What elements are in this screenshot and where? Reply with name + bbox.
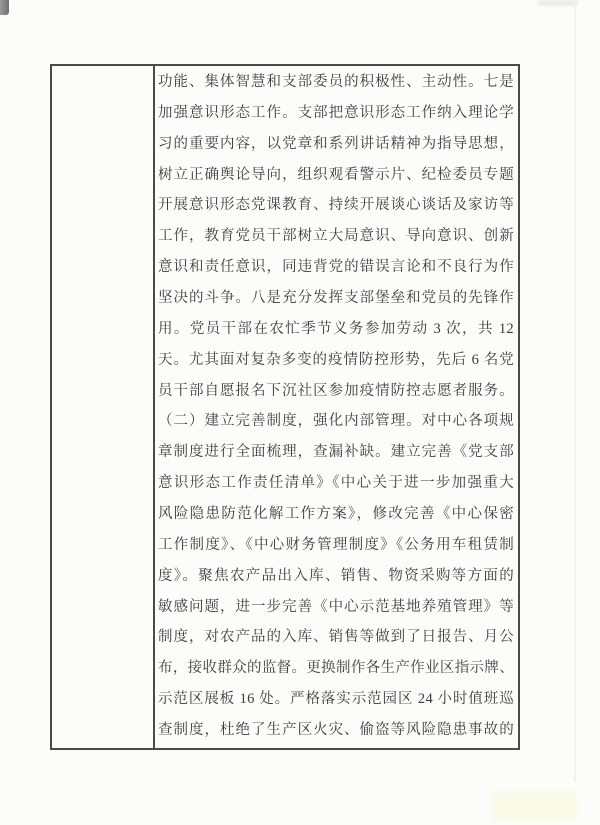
scan-artifact-top-marks	[538, 0, 578, 6]
scanned-document-page: 功能、集体智慧和支部委员的积极性、主动性。七是 加强意识形态工作。支部把意识形态…	[0, 0, 600, 825]
text-line: 天。尤其面对复杂多变的疫情防控形势，先后 6 名党	[158, 345, 514, 376]
text-line: 风险隐患防范化解工作方案》，修改完善《中心保密	[158, 499, 514, 530]
text-line: 章制度进行全面梳理，查漏补缺。建立完善《党支部	[158, 437, 514, 468]
text-line: 意识形态工作责任清单》《中心关于进一步加强重大	[158, 468, 514, 499]
text-line: 开展意识形态党课教育、持续开展谈心谈话及家访等	[158, 190, 514, 221]
scan-artifact-bottom-tinge	[492, 792, 576, 820]
text-line: （二）建立完善制度，强化内部管理。对中心各项规	[158, 406, 514, 437]
table-content-cell: 功能、集体智慧和支部委员的积极性、主动性。七是 加强意识形态工作。支部把意识形态…	[155, 66, 518, 748]
text-line: 度》。聚焦农产品出入库、销售、物资采购等方面的	[158, 561, 514, 592]
text-line: 加强意识形态工作。支部把意识形态工作纳入理论学	[158, 98, 514, 129]
text-line: 布，接收群众的监督。更换制作各生产作业区指示牌、	[158, 653, 514, 684]
text-line: 坚决的斗争。八是充分发挥支部堡垒和党员的先锋作	[158, 283, 514, 314]
text-line: 工作制度》、《中心财务管理制度》《公务用车租赁制	[158, 530, 514, 561]
scan-artifact-smudge	[0, 0, 9, 15]
text-line: 示范区展板 16 处。严格落实示范园区 24 小时值班巡	[158, 684, 514, 715]
text-line: 习的重要内容，以党章和系列讲话精神为指导思想，	[158, 129, 514, 160]
text-line: 功能、集体智慧和支部委员的积极性、主动性。七是	[158, 67, 514, 98]
scan-artifact-edge-line	[574, 0, 576, 782]
text-line: 制度，对农产品的入库、销售等做到了日报告、月公	[158, 622, 514, 653]
text-line: 树立正确舆论导向，组织观看警示片、纪检委员专题	[158, 160, 514, 191]
table-label-cell	[52, 66, 155, 748]
text-line: 敏感问题，进一步完善《中心示范基地养殖管理》等	[158, 592, 514, 623]
report-table: 功能、集体智慧和支部委员的积极性、主动性。七是 加强意识形态工作。支部把意识形态…	[50, 64, 520, 750]
text-line: 意识和责任意识，同违背党的错误言论和不良行为作	[158, 252, 514, 283]
text-line: 用。党员干部在农忙季节义务参加劳动 3 次，共 12	[158, 314, 514, 345]
text-line: 查制度，杜绝了生产区火灾、偷盗等风险隐患事故的	[158, 715, 514, 746]
text-line: 工作，教育党员干部树立大局意识、导向意识、创新	[158, 221, 514, 252]
text-line: 员干部自愿报名下沉社区参加疫情防控志愿者服务。	[158, 376, 514, 407]
